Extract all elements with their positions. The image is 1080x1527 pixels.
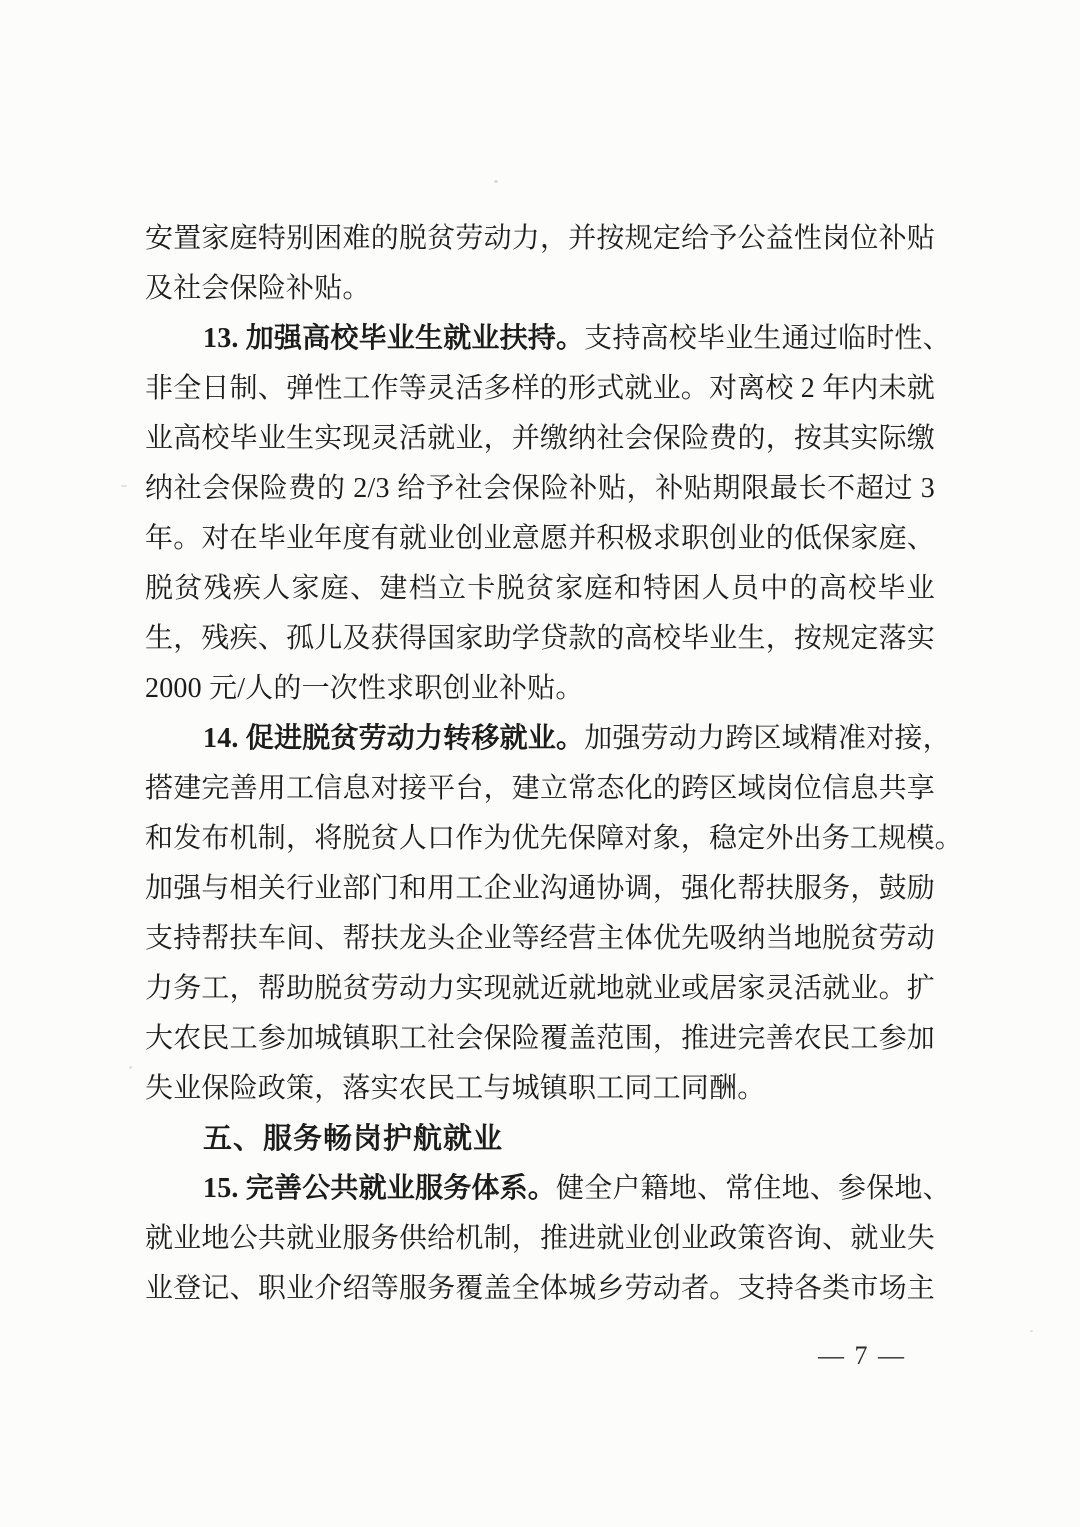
text-line: 力务工，帮助脱贫劳动力实现就近就地就业或居家灵活就业。扩 [145,964,935,1014]
text-line: 搭建完善用工信息对接平台，建立常态化的跨区域岗位信息共享 [145,764,935,814]
line-text: 力务工，帮助脱贫劳动力实现就近就地就业或居家灵活就业。扩 [145,973,935,1004]
text-line: 2000 元/人的一次性求职创业补贴。 [145,664,935,714]
text-line: 及社会保险补贴。 [145,264,935,314]
scan-speck [494,180,498,183]
text-line: 大农民工参加城镇职工社会保险覆盖范围，推进完善农民工参加 [145,1014,935,1064]
section-heading: 五、服务畅岗护航就业 [145,1114,935,1164]
paragraph-number-lead: 15. 完善公共就业服务体系。 [203,1173,556,1204]
page-number: — 7 — [782,1340,942,1372]
line-text: 加强与相关行业部门和用工企业沟通协调，强化帮扶服务，鼓励 [145,873,935,904]
text-line: 业高校毕业生实现灵活就业，并缴纳社会保险费的，按其实际缴 [145,414,935,464]
line-text: 安置家庭特别困难的脱贫劳动力，并按规定给予公益性岗位补贴 [145,223,935,254]
section-heading-text: 五、服务畅岗护航就业 [203,1123,503,1155]
line-text: 就业地公共就业服务供给机制，推进就业创业政策咨询、就业失 [145,1223,935,1254]
text-line: 支持帮扶车间、帮扶龙头企业等经营主体优先吸纳当地脱贫劳动 [145,914,935,964]
paragraph-14-start: 14. 促进脱贫劳动力转移就业。加强劳动力跨区域精准对接， [145,714,935,764]
paragraph-13-start: 13. 加强高校毕业生就业扶持。支持高校毕业生通过临时性、 [145,314,935,364]
line-text: 支持帮扶车间、帮扶龙头企业等经营主体优先吸纳当地脱贫劳动 [145,923,935,954]
text-line: 加强与相关行业部门和用工企业沟通协调，强化帮扶服务，鼓励 [145,864,935,914]
line-text: 及社会保险补贴。 [145,273,371,304]
paragraph-number-lead: 13. 加强高校毕业生就业扶持。 [203,323,584,354]
text-line: 年。对在毕业年度有就业创业意愿并积极求职创业的低保家庭、 [145,514,935,564]
text-line: 非全日制、弹性工作等灵活多样的形式就业。对离校 2 年内未就 [145,364,935,414]
line-text: 2000 元/人的一次性求职创业补贴。 [145,673,584,704]
line-text: 非全日制、弹性工作等灵活多样的形式就业。对离校 2 年内未就 [145,373,935,404]
text-line: 生，残疾、孤儿及获得国家助学贷款的高校毕业生，按规定落实 [145,614,935,664]
line-text: 和发布机制，将脱贫人口作为优先保障对象，稳定外出务工规模。 [145,823,963,854]
scan-speck [121,485,127,487]
text-line: 就业地公共就业服务供给机制，推进就业创业政策咨询、就业失 [145,1214,935,1264]
line-text: 纳社会保险费的 2/3 给予社会保险补贴，补贴期限最长不超过 3 [145,473,935,504]
line-text: 脱贫残疾人家庭、建档立卡脱贫家庭和特困人员中的高校毕业 [145,573,935,604]
line-text: 年。对在毕业年度有就业创业意愿并积极求职创业的低保家庭、 [145,523,935,554]
line-text: 搭建完善用工信息对接平台，建立常态化的跨区域岗位信息共享 [145,773,935,804]
text-line: 失业保险政策，落实农民工与城镇职工同工同酬。 [145,1064,935,1114]
line-text: 加强劳动力跨区域精准对接， [584,723,951,754]
line-text: 业登记、职业介绍等服务覆盖全体城乡劳动者。支持各类市场主 [145,1273,935,1304]
paragraph-15-start: 15. 完善公共就业服务体系。健全户籍地、常住地、参保地、 [145,1164,935,1214]
line-text: 健全户籍地、常住地、参保地、 [556,1173,951,1204]
document-body: 安置家庭特别困难的脱贫劳动力，并按规定给予公益性岗位补贴 及社会保险补贴。 13… [145,214,935,1314]
line-text: 业高校毕业生实现灵活就业，并缴纳社会保险费的，按其实际缴 [145,423,935,454]
text-line: 安置家庭特别困难的脱贫劳动力，并按规定给予公益性岗位补贴 [145,214,935,264]
line-text: 生，残疾、孤儿及获得国家助学贷款的高校毕业生，按规定落实 [145,623,935,654]
document-page: 安置家庭特别困难的脱贫劳动力，并按规定给予公益性岗位补贴 及社会保险补贴。 13… [0,0,1080,1527]
text-line: 和发布机制，将脱贫人口作为优先保障对象，稳定外出务工规模。 [145,814,935,864]
line-text: 支持高校毕业生通过临时性、 [584,323,951,354]
scan-speck [129,1066,132,1069]
scan-speck [1030,1330,1033,1332]
paragraph-number-lead: 14. 促进脱贫劳动力转移就业。 [203,723,584,754]
line-text: 大农民工参加城镇职工社会保险覆盖范围，推进完善农民工参加 [145,1023,935,1054]
text-line: 业登记、职业介绍等服务覆盖全体城乡劳动者。支持各类市场主 [145,1264,935,1314]
text-line: 纳社会保险费的 2/3 给予社会保险补贴，补贴期限最长不超过 3 [145,464,935,514]
line-text: 失业保险政策，落实农民工与城镇职工同工同酬。 [145,1073,765,1104]
text-line: 脱贫残疾人家庭、建档立卡脱贫家庭和特困人员中的高校毕业 [145,564,935,614]
